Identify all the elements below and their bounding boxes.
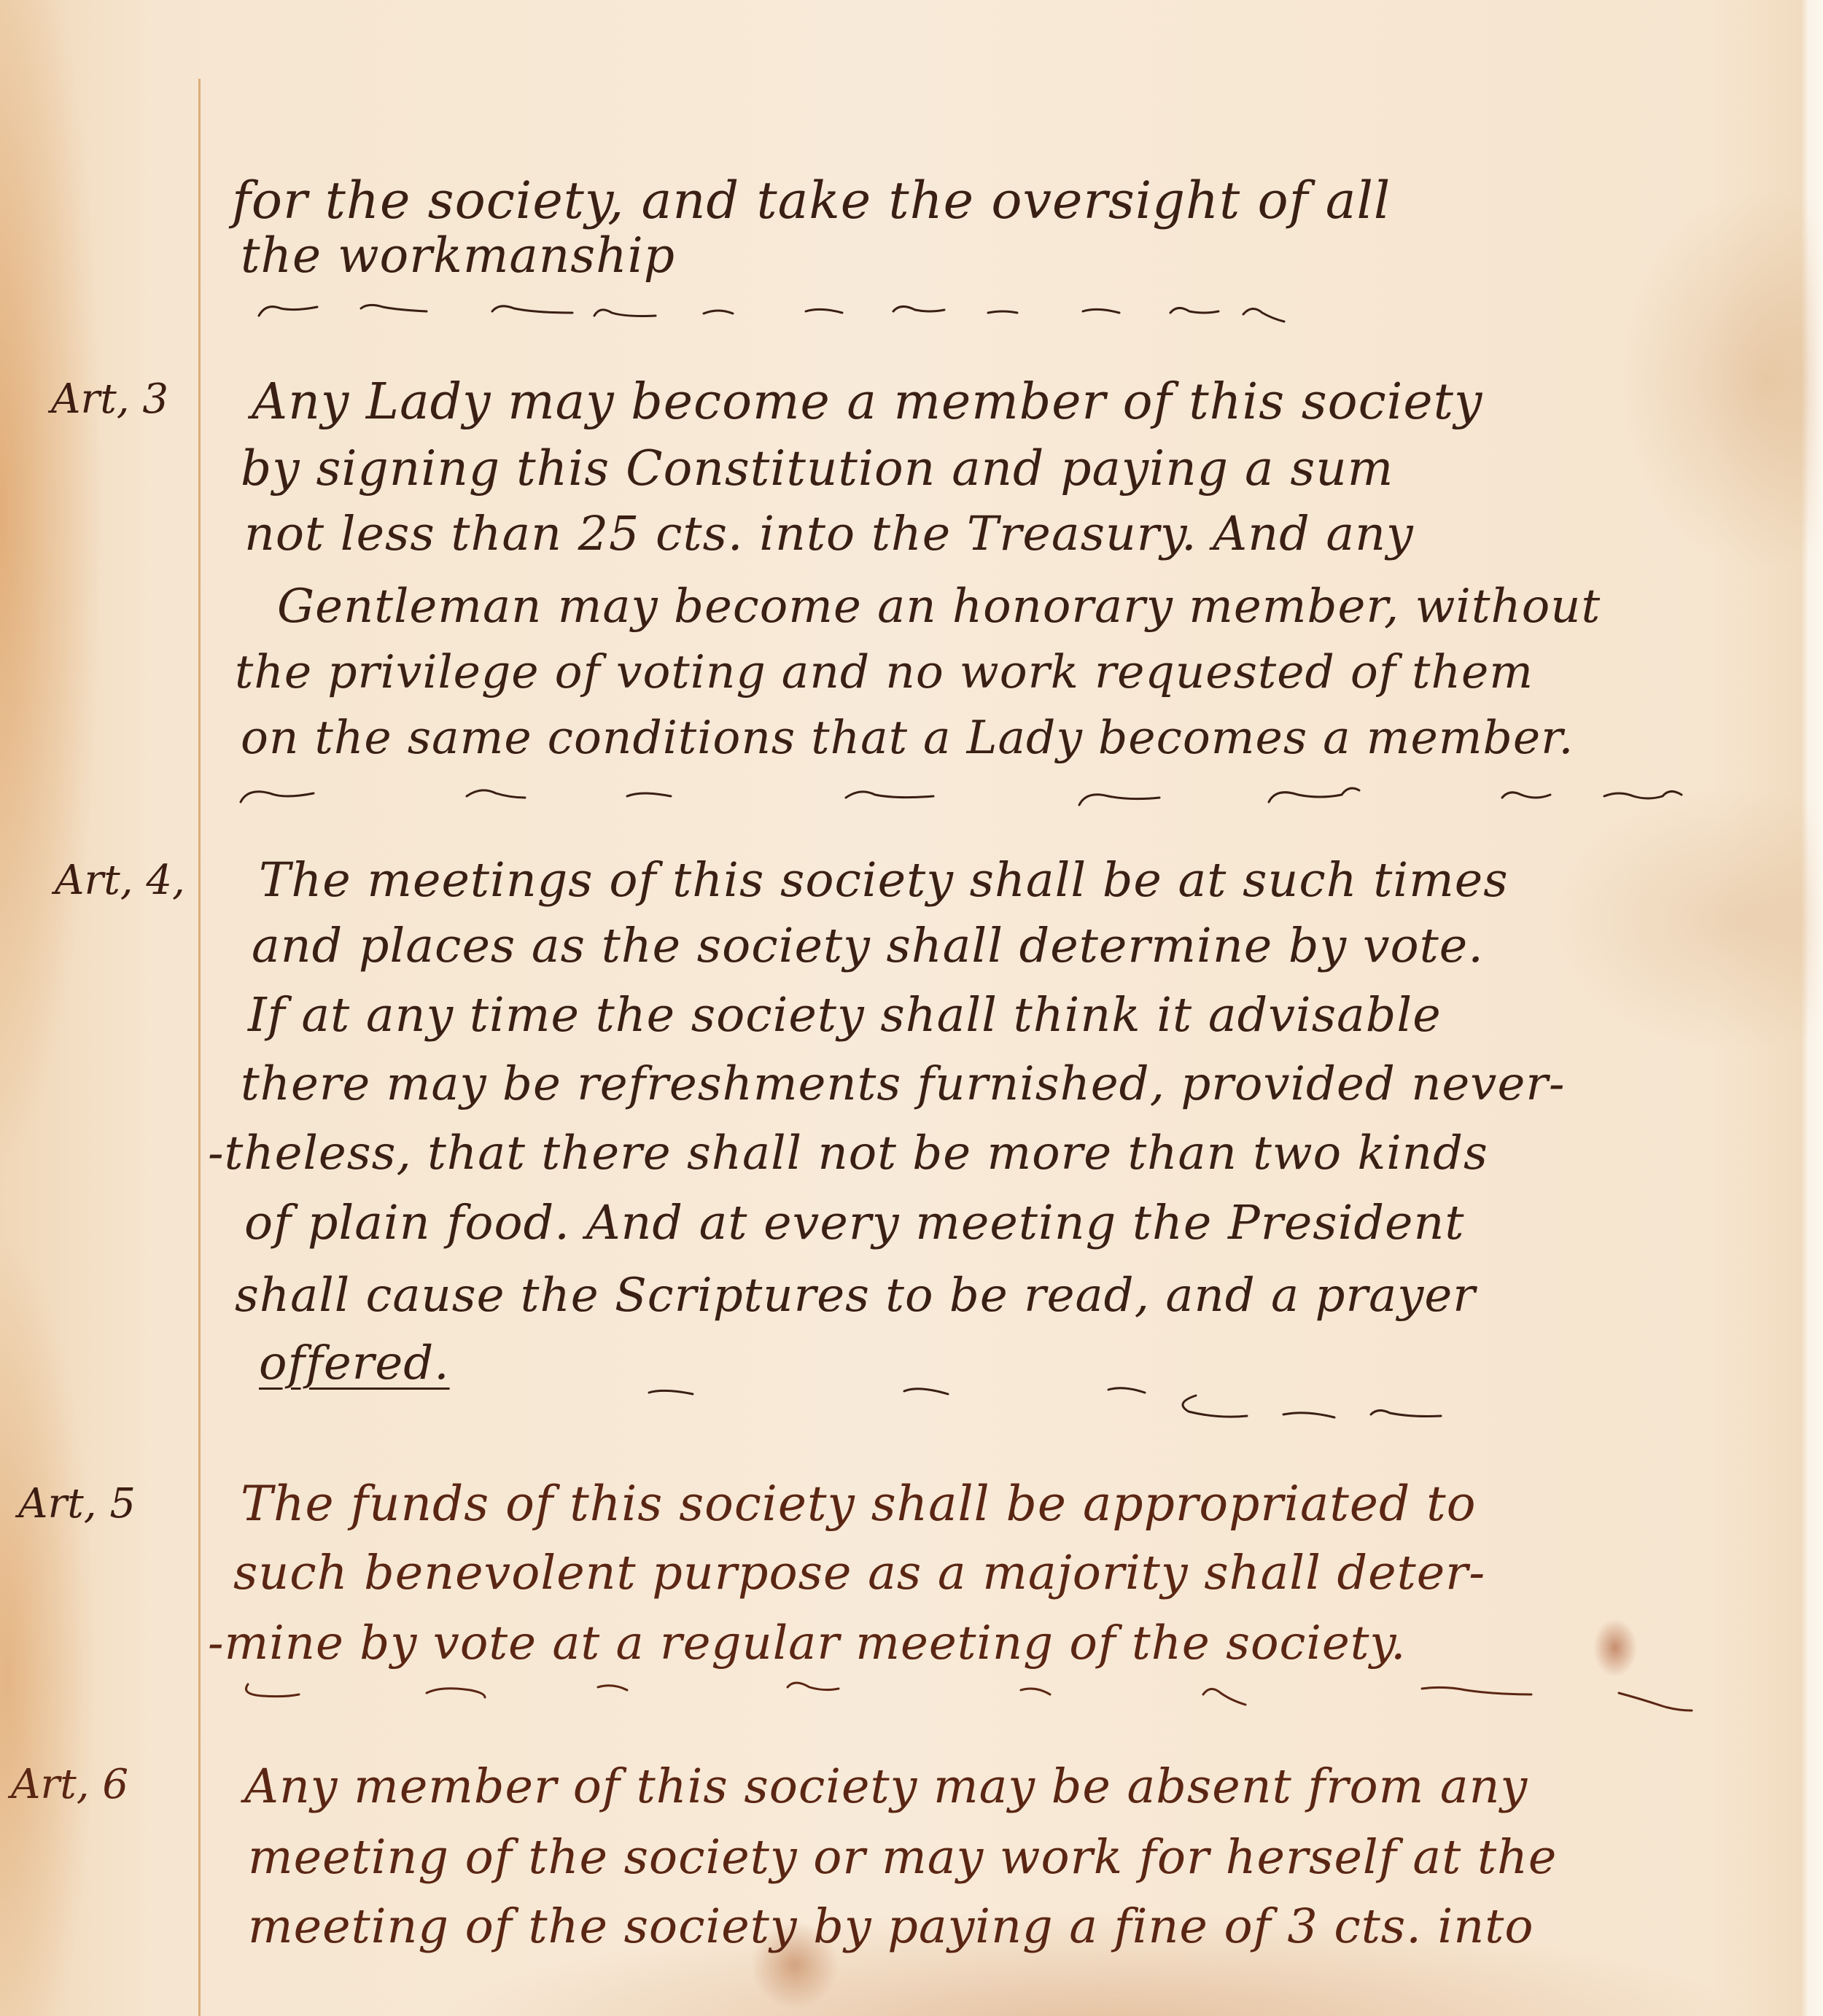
article-3-line: Gentleman may become an honorary member,… bbox=[277, 583, 1601, 630]
article-6-line: meeting of the society or may work for h… bbox=[248, 1834, 1557, 1881]
article-6-line: meeting of the society by paying a fine … bbox=[248, 1903, 1534, 1950]
article-4-line: and places as the society shall determin… bbox=[252, 922, 1484, 970]
section-divider-flourish bbox=[467, 1385, 1779, 1414]
article-label: Art, 5 bbox=[18, 1484, 136, 1525]
article-label: Art, 3 bbox=[51, 379, 168, 420]
section-divider-flourish bbox=[252, 295, 1564, 324]
article-4-line: If at any time the society shall think i… bbox=[248, 992, 1442, 1039]
article-3-line: Any Lady may become a member of this soc… bbox=[252, 378, 1482, 427]
article-5-line: -mine by vote at a regular meeting of th… bbox=[208, 1620, 1406, 1667]
manuscript-page: for the society, and take the oversight … bbox=[0, 0, 1823, 2016]
article-4-line: shall cause the Scriptures to be read, a… bbox=[235, 1272, 1476, 1319]
article-6-line: Any member of this society may be absent… bbox=[244, 1763, 1528, 1810]
continuation-line: the workmanship bbox=[241, 232, 675, 280]
margin-rule bbox=[198, 79, 201, 2016]
article-5-line: such benevolent purpose as a majority sh… bbox=[233, 1549, 1485, 1597]
article-3-line: not less than 25 cts. into the Treasury.… bbox=[244, 510, 1414, 558]
section-divider-flourish bbox=[233, 780, 1765, 809]
article-4-line: offered. bbox=[259, 1340, 450, 1387]
article-4-line: of plain food. And at every meeting the … bbox=[244, 1199, 1465, 1247]
article-3-line: the privilege of voting and no work requ… bbox=[235, 649, 1534, 695]
article-label: Art, 4, bbox=[55, 860, 185, 901]
continuation-line: for the society, and take the oversight … bbox=[232, 175, 1391, 226]
article-label: Art, 6 bbox=[11, 1764, 128, 1805]
article-3-line: by signing this Constitution and paying … bbox=[241, 445, 1394, 493]
article-5-line: The funds of this society shall be appro… bbox=[241, 1480, 1476, 1528]
page-edge bbox=[1807, 0, 1823, 2016]
article-3-line: on the same conditions that a Lady becom… bbox=[241, 715, 1574, 760]
article-4-line: there may be refreshments furnished, pro… bbox=[241, 1061, 1566, 1108]
article-4-line: -theless, that there shall not be more t… bbox=[208, 1130, 1488, 1177]
section-divider-flourish bbox=[233, 1677, 1765, 1706]
article-4-line: The meetings of this society shall be at… bbox=[259, 857, 1509, 904]
